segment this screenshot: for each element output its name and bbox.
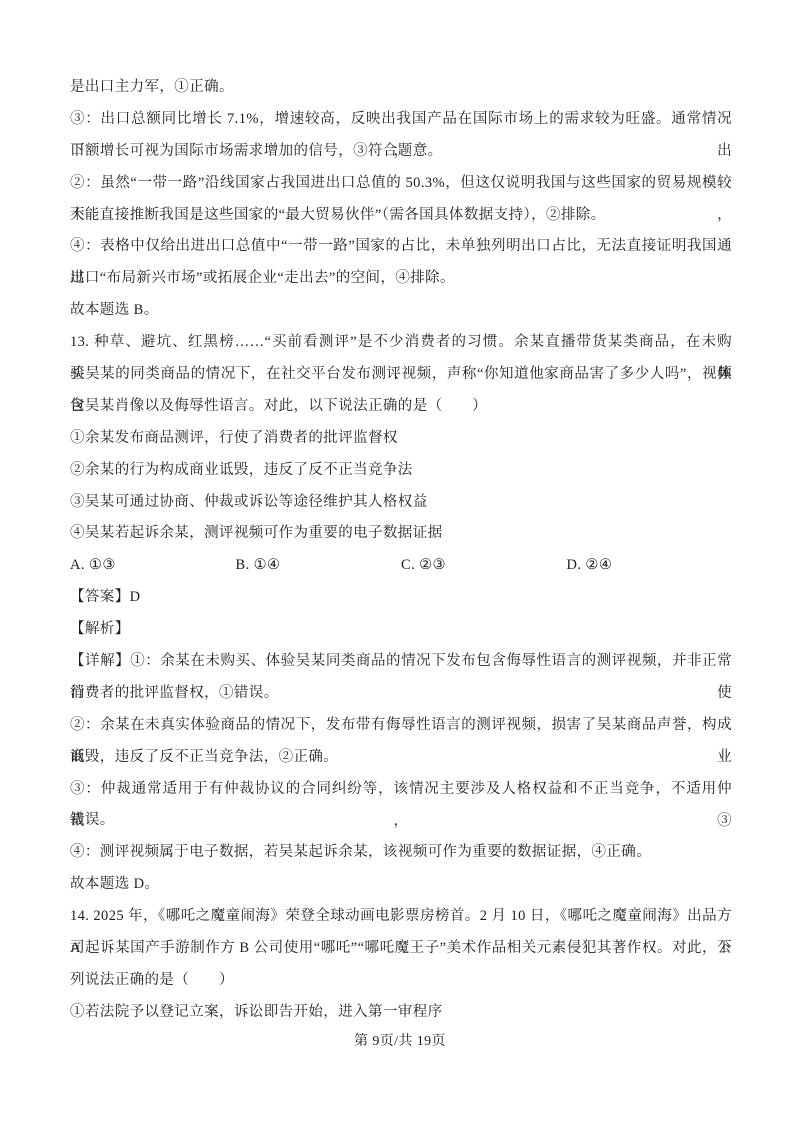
option-a: A. ①③ <box>70 550 236 582</box>
answer-label-q13: 【答案】D <box>70 582 732 614</box>
page-number-footer: 第 9页/共 19页 <box>0 1026 800 1058</box>
explanation-line: 【详解】①：余某在未购买、体验吴某同类商品的情况下发布包含侮辱性语言的测评视频，… <box>70 646 732 678</box>
text-line: ④：测评视频属于电子数据，若吴某起诉余某，该视频可作为重要的数据证据，④正确。 <box>70 837 732 869</box>
text-line: 验吴某的同类商品的情况下，在社交平台发布测评视频，声称“你知道他家商品害了多少人… <box>70 359 732 391</box>
analysis-label: 【解析】 <box>70 614 732 646</box>
options-row: A. ①③ B. ①④ C. ②③ D. ②④ <box>70 550 732 582</box>
text-line: ④：表格中仅给出进出口总值中“一带一路”国家的占比，未单独列明出口占比，无法直接… <box>70 231 732 263</box>
answer-line-q13: 故本题选 D。 <box>70 869 732 901</box>
statement-3: ③吴某可通过协商、仲裁或诉讼等途径维护其人格权益 <box>70 487 732 519</box>
text-line: ③：出口总额同比增长 7.1%，增速较高，反映出我国产品在国际市场上的需求较为旺… <box>70 104 732 136</box>
statement-1: ①余某发布商品测评，行使了消费者的批评监督权 <box>70 423 732 455</box>
question-13-stem: 13. 种草、避坑、红黑榜……“买前看测评”是不少消费者的习惯。余某直播带货某类… <box>70 327 732 359</box>
statement-2: ②余某的行为构成商业诋毁，违反了反不正当竞争法 <box>70 455 732 487</box>
text-line: ③：仲裁通常适用于有仲裁协议的合同纠纷等，该情况主要涉及人格权益和不正当竞争，不… <box>70 774 732 806</box>
option-b: B. ①④ <box>236 550 402 582</box>
text-line: 含吴某肖像以及侮辱性语言。对此，以下说法正确的是（ ） <box>70 391 732 423</box>
text-line: 出口“布局新兴市场”或拓展企业“走出去”的空间，④排除。 <box>70 263 732 295</box>
question-14-stem: 14. 2025 年，《哪吒之魔童闹海》荣登全球动画电影票房榜首。2 月 10 … <box>70 901 732 933</box>
text-line: 是出口主力军，①正确。 <box>70 72 732 104</box>
statement-1-q14: ①若法院予以登记立案，诉讼即告开始，进入第一审程序 <box>70 997 732 1029</box>
option-d: D. ②④ <box>567 550 733 582</box>
answer-line-q12: 故本题选 B。 <box>70 295 732 327</box>
page-body: 是出口主力军，①正确。 ③：出口总额同比增长 7.1%，增速较高，反映出我国产品… <box>70 72 732 1029</box>
text-line: ②：余某在未真实体验商品的情况下，发布带有侮辱性语言的测评视频，损害了吴某商品声… <box>70 710 732 742</box>
text-line: ②：虽然“一带一路”沿线国家占我国进出口总值的 50.3%，但这仅说明我国与这些… <box>70 168 732 200</box>
option-c: C. ②③ <box>401 550 567 582</box>
statement-4: ④吴某若起诉余某，测评视频可作为重要的电子数据证据 <box>70 518 732 550</box>
document-page: 是出口主力军，①正确。 ③：出口总额同比增长 7.1%，增速较高，反映出我国产品… <box>0 0 800 1131</box>
text-line: 列说法正确的是（ ） <box>70 965 732 997</box>
text-line: 司起诉某国产手游制作方 B 公司使用“哪吒”“哪吒魔王子”美术作品相关元素侵犯其… <box>70 933 732 965</box>
